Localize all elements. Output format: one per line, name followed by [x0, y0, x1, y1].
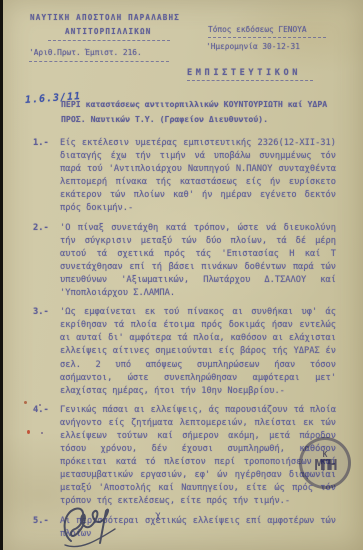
dashed-rule-classification: [187, 80, 313, 81]
paragraph-2: 2.- 'Ο πίναξ συνετάχθη κατά τρόπον, ώστε…: [33, 222, 336, 301]
issue-place: Τόπος εκδόσεως ΓΕΝΟΥΑ: [208, 25, 307, 34]
archive-stamp: Κ ΜΠΗ: [299, 437, 351, 489]
subject-line: ΠΕΡΙ καταστάσεως αντιτορπιλλικών ΚΟΥΝΤΟΥ…: [61, 97, 327, 112]
paragraph-4: 4.- Γενικώς πάσαι αι ελλείψεις, άς παρου…: [33, 404, 336, 509]
paper-stain-speck: [27, 430, 30, 434]
paragraph-2-number: 2.-: [33, 222, 49, 235]
dashed-rule-org: [48, 40, 170, 41]
body-paragraphs: 1.- Είς εκτέλεσιν υμετέρας εμπιστευτικής…: [33, 137, 336, 547]
paragraph-3-text: 'Ως εμφαίνεται εκ τού πίνακος αι συνθήκα…: [60, 307, 336, 396]
paragraph-1-text: Είς εκτέλεσιν υμετέρας εμπιστευτικής 232…: [60, 138, 336, 213]
paragraph-5-number: 5.-: [33, 515, 49, 528]
classification-label: ΕΜΠΙΣΤΕΥΤΙΚΟΝ: [187, 68, 301, 78]
paragraph-4-number: 4.-: [33, 404, 49, 417]
paper-stain-speck: [41, 432, 43, 434]
org-name-line1: ΝΑΥΤΙΚΗ ΑΠΟΣΤΟΛΗ ΠΑΡΑΛΑΒΗΣ: [30, 13, 180, 22]
org-name-line2: ΑΝΤΙΤΟΡΠΙΛΛΙΚΩΝ: [65, 27, 152, 36]
issue-date: 'Ημερομηνία 30-12-31: [206, 42, 300, 51]
paragraph-3: 3.- 'Ως εμφαίνεται εκ τού πίνακος αι συν…: [33, 306, 336, 398]
paragraph-4-text: Γενικώς πάσαι αι ελλείψεις, άς παρουσιάζ…: [60, 405, 336, 507]
dashed-rule-protocol: [29, 61, 169, 62]
dashed-rule-place: [208, 37, 326, 38]
paragraph-3-number: 3.-: [33, 306, 49, 319]
handwritten-signature: [55, 499, 147, 549]
paragraph-2-text: 'Ο πίναξ συνετάχθη κατά τρόπον, ώστε νά …: [60, 223, 336, 298]
paper-stain-speck: [39, 404, 41, 406]
protocol-number: 'Αριθ.Πρωτ. Έμπιστ. 216.: [29, 48, 142, 57]
archive-stamp-monogram: ΜΠΗ: [314, 458, 335, 472]
paragraph-1-number: 1.-: [33, 137, 49, 150]
recipient-line: ΠΡΟΣ. Ναυτικών Τ.Υ. (Γραφείον Διευθυντού…: [61, 112, 268, 127]
page-mark: χ: [155, 510, 161, 521]
paragraph-1: 1.- Είς εκτέλεσιν υμετέρας εμπιστευτικής…: [33, 137, 336, 216]
paper-stain-speck: [24, 401, 27, 404]
document-page: ΝΑΥΤΙΚΗ ΑΠΟΣΤΟΛΗ ΠΑΡΑΛΑΒΗΣ ΑΝΤΙΤΟΡΠΙΛΛΙΚ…: [3, 0, 363, 550]
